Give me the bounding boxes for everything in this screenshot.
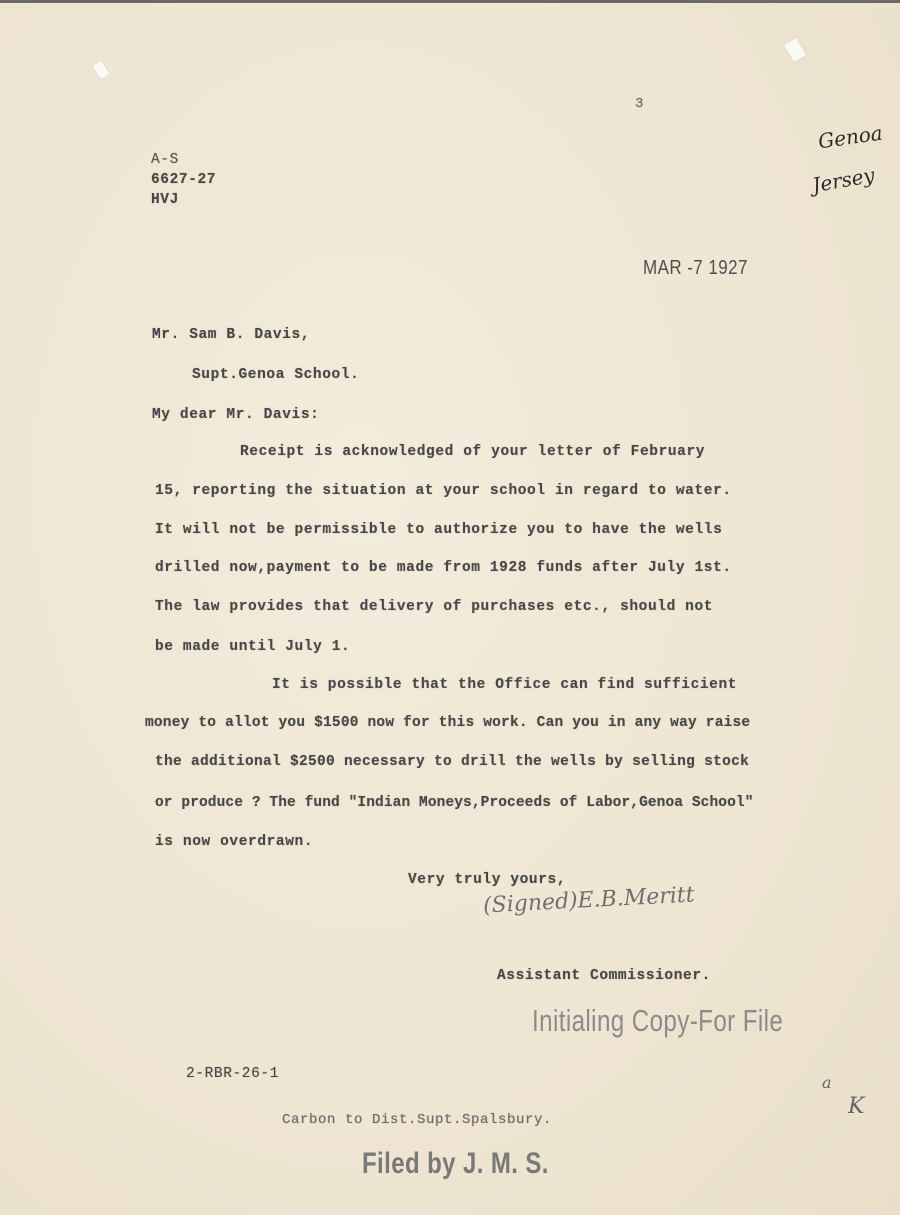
page-number: 3 [635,96,644,112]
reference-line-3: HVJ [151,192,179,208]
punch-hole-right [784,38,806,62]
body-line: money to allot you $1500 now for this wo… [145,715,750,731]
date-stamp: MAR -7 1927 [643,257,748,280]
salutation: My dear Mr. Davis: [152,407,319,423]
recipient-name: Mr. Sam B. Davis, [152,327,310,343]
recipient-title: Supt.Genoa School. [192,367,359,383]
handwritten-mark-k: K [848,1094,864,1119]
body-line: the additional $2500 necessary to drill … [155,754,749,770]
body-line: The law provides that delivery of purcha… [155,599,713,615]
file-code: 2-RBR-26-1 [186,1066,279,1082]
body-line: It is possible that the Office can find … [272,677,737,693]
closing: Very truly yours, [408,872,566,888]
body-line: is now overdrawn. [155,834,313,850]
page-top-edge [0,0,900,3]
body-line: 15, reporting the situation at your scho… [155,483,732,499]
body-line: Receipt is acknowledged of your letter o… [240,444,705,460]
initialing-copy-stamp: Initialing Copy-For File [532,1003,783,1039]
body-line: be made until July 1. [155,639,350,655]
body-line: It will not be permissible to authorize … [155,522,722,538]
carbon-copy-note: Carbon to Dist.Supt.Spalsbury. [282,1112,552,1128]
reference-line-2: 6627-27 [151,172,216,188]
handwritten-note-jersey: Jersey [810,163,876,198]
reference-line-1: A-S [151,152,179,168]
punch-hole-left [92,61,109,80]
body-line: drilled now,payment to be made from 1928… [155,560,732,576]
body-line: or produce ? The fund "Indian Moneys,Pro… [155,795,754,811]
filed-by-stamp: Filed by J. M. S. [362,1147,549,1181]
handwritten-note-genoa: Genoa [817,121,884,154]
letter-page: 3 A-S 6627-27 HVJ Genoa Jersey MAR -7 19… [0,0,900,1215]
handwritten-mark-a: a [822,1073,832,1092]
signer-title: Assistant Commissioner. [497,968,711,984]
